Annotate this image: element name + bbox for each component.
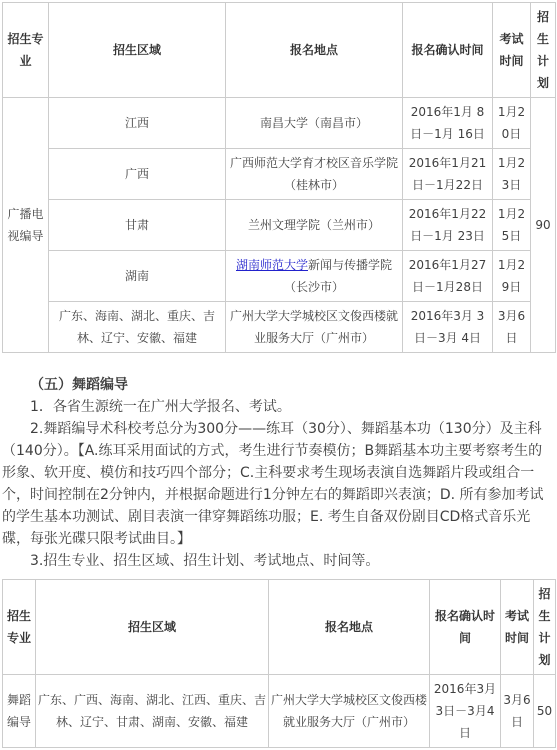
col-header-exam-time: 考试时间	[493, 3, 531, 98]
col-header-major: 招生专业	[3, 580, 36, 675]
cell-confirm-time: 2016年1月27日－1月28日	[403, 251, 493, 302]
table1-header-row: 招生专业 招生区域 报名地点 报名确认时间 考试时间 招生计划	[3, 3, 556, 98]
col-header-confirm-time: 报名确认时间	[430, 580, 501, 675]
table-row-hunan: 湖南 湖南师范大学新闻与传播学院（长沙市） 2016年1月27日－1月28日 1…	[3, 251, 556, 302]
col-header-region: 招生区域	[36, 580, 269, 675]
cell-confirm-time: 2016年1月22日－1月 23日	[403, 200, 493, 251]
cell-exam-time: 1月29日	[493, 251, 531, 302]
table-broadcast-tv-directing: 招生专业 招生区域 报名地点 报名确认时间 考试时间 招生计划 广播电视编导 江…	[2, 2, 556, 353]
cell-region: 甘肃	[49, 200, 226, 251]
col-header-region: 招生区域	[49, 3, 226, 98]
section-paragraph-1: 1．各省生源统一在广州大学报名、考试。	[2, 396, 555, 418]
cell-location: 广州大学大学城校区文俊西楼就业服务大厅（广州市）	[226, 302, 403, 353]
section-paragraph-2: 2.舞蹈编导术科校考总分为300分——练耳（30分）、舞蹈基本功（130分）及主…	[2, 418, 555, 550]
table2-header-row: 招生专业 招生区域 报名地点 报名确认时间 考试时间 招生计划	[3, 580, 556, 675]
table-dance-directing: 招生专业 招生区域 报名地点 报名确认时间 考试时间 招生计划 舞蹈编导 广东、…	[2, 579, 556, 748]
section-heading: （五）舞蹈编导	[2, 374, 555, 396]
table-row-multi-province: 广东、海南、湖北、重庆、吉林、辽宁、安徽、福建 广州大学大学城校区文俊西楼就业服…	[3, 302, 556, 353]
col-header-confirm-time: 报名确认时间	[403, 3, 493, 98]
cell-plan: 90	[531, 98, 556, 353]
table-row-jiangxi: 广播电视编导 江西 南昌大学（南昌市） 2016年1月 8日－1月 16日 1月…	[3, 98, 556, 149]
dance-directing-section: （五）舞蹈编导 1．各省生源统一在广州大学报名、考试。 2.舞蹈编导术科校考总分…	[2, 374, 555, 572]
hunan-normal-university-link[interactable]: 湖南师范大学	[236, 258, 308, 272]
cell-location: 湖南师范大学新闻与传播学院（长沙市）	[226, 251, 403, 302]
table-row-dance-directing: 舞蹈编导 广东、广西、海南、湖北、江西、重庆、吉林、辽宁、甘肃、湖南、安徽、福建…	[3, 675, 556, 748]
cell-region: 湖南	[49, 251, 226, 302]
cell-exam-time: 3月6日	[501, 675, 534, 748]
cell-location: 兰州文理学院（兰州市）	[226, 200, 403, 251]
col-header-plan: 招生计划	[531, 3, 556, 98]
col-header-plan: 招生计划	[534, 580, 556, 675]
cell-location: 广西师范大学育才校区音乐学院（桂林市）	[226, 149, 403, 200]
cell-location: 广州大学大学城校区文俊西楼就业服务大厅（广州市）	[269, 675, 430, 748]
cell-exam-time: 3月6日	[493, 302, 531, 353]
cell-region: 江西	[49, 98, 226, 149]
cell-exam-time: 1月23日	[493, 149, 531, 200]
table-row-guangxi: 广西 广西师范大学育才校区音乐学院（桂林市） 2016年1月21 日－1月22日…	[3, 149, 556, 200]
cell-confirm-time: 2016年1月21 日－1月22日	[403, 149, 493, 200]
cell-confirm-time: 2016年3月 3日－3月 4日	[403, 302, 493, 353]
col-header-exam-time: 考试时间	[501, 580, 534, 675]
cell-exam-time: 1月25日	[493, 200, 531, 251]
cell-confirm-time: 2016年1月 8日－1月 16日	[403, 98, 493, 149]
section-paragraph-3: 3.招生专业、招生区域、招生计划、考试地点、时间等。	[2, 550, 555, 572]
cell-plan: 50	[534, 675, 556, 748]
col-header-location: 报名地点	[226, 3, 403, 98]
cell-major: 舞蹈编导	[3, 675, 36, 748]
table-row-gansu: 甘肃 兰州文理学院（兰州市） 2016年1月22日－1月 23日 1月25日	[3, 200, 556, 251]
cell-region: 广东、海南、湖北、重庆、吉林、辽宁、安徽、福建	[49, 302, 226, 353]
cell-exam-time: 1月20日	[493, 98, 531, 149]
col-header-major: 招生专业	[3, 3, 49, 98]
cell-location: 南昌大学（南昌市）	[226, 98, 403, 149]
cell-region: 广东、广西、海南、湖北、江西、重庆、吉林、辽宁、甘肃、湖南、安徽、福建	[36, 675, 269, 748]
col-header-location: 报名地点	[269, 580, 430, 675]
cell-major: 广播电视编导	[3, 98, 49, 353]
cell-confirm-time: 2016年3月3日－3月4日	[430, 675, 501, 748]
cell-region: 广西	[49, 149, 226, 200]
